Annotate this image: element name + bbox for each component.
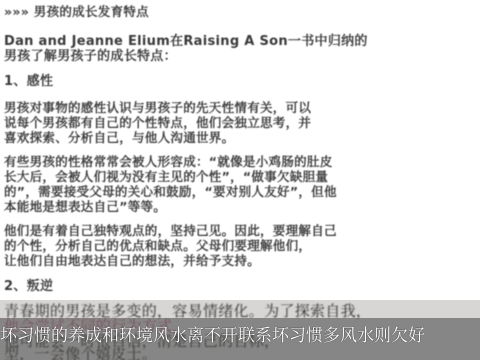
section-heading-2: 2、叛逆 bbox=[4, 275, 53, 294]
video-subtitle: 坏习惯的养成和环境风水离不开联系坏习惯多风水则欠好 bbox=[0, 321, 480, 346]
intro-line-2: 男孩了解男孩子的成长特点： bbox=[4, 45, 177, 64]
paragraph-line: 喜欢探索、分析自己，与他人沟通世界。 bbox=[4, 128, 234, 146]
paragraph-line: 本能地是想表达自己”等等。 bbox=[4, 197, 166, 215]
paragraph-line: 让他们自由地表达自己的想法，并给予支持。 bbox=[4, 251, 260, 269]
article-page: »»» 男孩的成长发育特点 Dan and Jeanne Elium在Raisi… bbox=[0, 0, 480, 360]
article-title: »»» 男孩的成长发育特点 bbox=[4, 2, 149, 20]
section-heading-1: 1、感性 bbox=[4, 70, 53, 89]
